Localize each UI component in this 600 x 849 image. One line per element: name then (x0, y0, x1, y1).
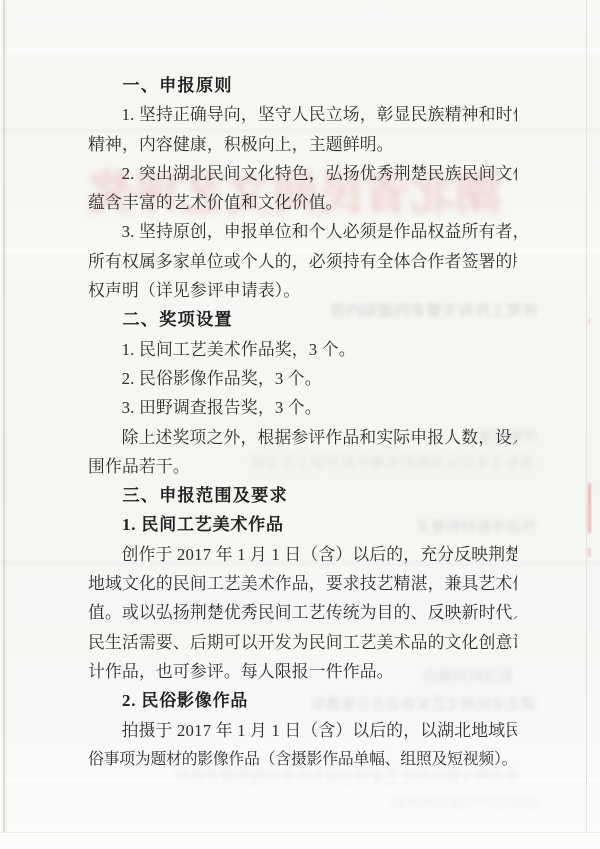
text-line: 计作品，也可参评。每人限报一件作品。 (88, 657, 517, 686)
text-line: 蕴含丰富的艺术价值和文化价值。 (88, 188, 517, 217)
red-edge-mark (588, 548, 591, 557)
bleedthrough-text: 通知文件内容说明材料 (60, 795, 540, 813)
text-line: 俗事项为题材的影像作品（含摄影作品单幅、组照及短视频）。 (88, 745, 517, 774)
text-line: 民生活需要、后期可以开发为民间工艺美术品的文化创意设 (88, 628, 517, 657)
text-line: 2. 突出湖北民间文化特色，弘扬优秀荆楚民族民间文化， (88, 159, 517, 188)
text-line: 地域文化的民间工艺美术作品，要求技艺精湛，兼具艺术价 (88, 569, 517, 598)
section-heading: 一、申报原则 (88, 71, 517, 100)
page-left-edge-highlight (6, 0, 7, 833)
text-line: 1. 民间工艺美术作品奖，3 个。 (88, 335, 517, 364)
scan-streak (0, 778, 600, 783)
section-heading: 二、奖项设置 (88, 305, 517, 334)
text-line: 2. 民俗影像作品奖，3 个。 (88, 364, 517, 393)
text-line: 值。或以弘扬荆楚优秀民间工艺传统为目的、反映新时代人 (88, 598, 517, 627)
scanned-document-page: 湖北省民间文艺评奖 评奖工作有关要求的通知内容 申报数量 各有关单位认真组织实施… (0, 0, 600, 849)
text-line: 权声明（详见参评申请表）。 (88, 276, 517, 305)
text-line: 3. 坚持原创，申报单位和个人必须是作品权益所有者， (88, 217, 517, 246)
red-edge-mark (588, 483, 591, 533)
red-edge-mark (588, 318, 591, 324)
text-line: 3. 田野调查报告奖，3 个。 (88, 393, 517, 422)
text-line: 创作于 2017 年 1 月 1 日（含）以后的，充分反映荆楚 (88, 540, 517, 569)
text-line: 所有权属多家单位或个人的，必须持有全体合作者签署的版 (88, 247, 517, 276)
section-heading: 三、申报范围及要求 (88, 481, 517, 510)
text-line: 围作品若干。 (88, 452, 517, 481)
text-line: 除上述奖项之外，根据参评作品和实际申报人数，设入 (88, 423, 517, 452)
section-subheading: 1. 民间工艺美术作品 (88, 510, 517, 539)
text-line: 拍摄于 2017 年 1 月 1 日（含）以后的，以湖北地域民 (88, 716, 517, 745)
text-line: 1. 坚持正确导向，坚守人民立场，彰显民族精神和时代 (88, 100, 517, 129)
text-line: 精神，内容健康，积极向上，主题鲜明。 (88, 130, 517, 159)
scan-streak (0, 48, 600, 55)
section-subheading: 2. 民俗影像作品 (88, 686, 517, 715)
page-left-edge (3, 0, 5, 833)
scanner-background-strip (0, 833, 600, 849)
page-right-edge (586, 0, 587, 833)
document-text-block: 一、申报原则1. 坚持正确导向，坚守人民立场，彰显民族精神和时代精神，内容健康，… (88, 71, 517, 774)
